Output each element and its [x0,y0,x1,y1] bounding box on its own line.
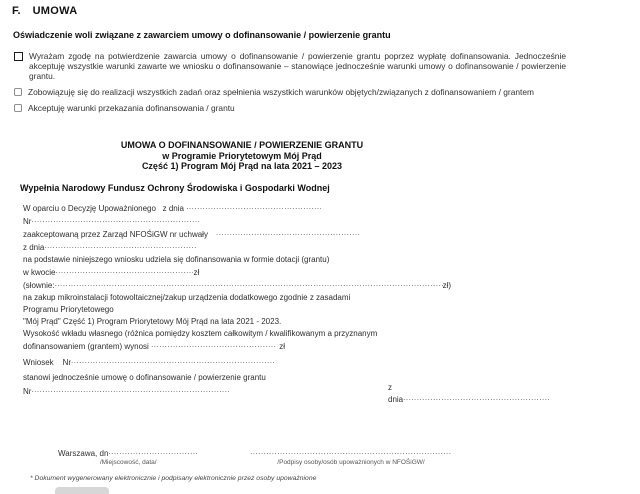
signature-sign-caption: /Podpisy osoby/osób upoważnionych w NFOŚ… [250,459,452,466]
dotted-blank: ........................................… [31,385,229,395]
agreement-date-z: z [388,383,551,393]
dotted-blank: ........................................… [55,266,193,276]
agreement-title-line2: w Programie Priorytetowym Mój Prąd [0,151,484,162]
declaration-heading: Oświadczenie woli związane z zawarciem u… [13,30,391,40]
line-decision-number: Nr......................................… [23,215,633,228]
section-header: F.UMOWA [12,5,77,17]
line-program-part: "Mój Prąd" Część 1) Program Priorytetowy… [23,316,633,328]
obligation-checkbox-label: Zobowiązuję się do realizacji wszystkich… [28,87,534,97]
dotted-blank: ........................................… [216,228,361,238]
dotted-blank: ........................................… [250,447,452,457]
line-amount: w kwocie................................… [23,266,633,279]
obligation-checkbox[interactable] [14,88,22,96]
signature-place-block: Warszawa, dn............................… [58,447,198,466]
page-edge-artifact [55,487,109,494]
dotted-blank: ........................................… [186,202,321,212]
dotted-blank: ........................................… [71,356,276,366]
dotted-blank: ........................................… [44,241,196,251]
line-grant-basis: na podstawie niniejszego wniosku udziela… [23,254,633,266]
agreement-title-line1: UMOWA O DOFINANSOWANIE / POWIERZENIE GRA… [0,140,484,151]
consent-checkbox[interactable] [14,52,23,61]
accept-terms-checkbox-label: Akceptuję warunki przekazania dofinansow… [28,103,235,113]
agreement-body: W oparciu o Decyzję Upoważnionego z dnia… [23,202,633,409]
line-resolution-number: zaakceptowaną przez Zarząd NFOŚiGW nr uc… [23,228,633,241]
signature-sign-block: ........................................… [250,447,452,466]
declaration-checkbox-list: Wyrażam zgodę na potwierdzenie zawarcia … [14,51,566,119]
line-own-contribution-amount: dofinansowaniem (grantem) wynosi .......… [23,340,633,353]
line-own-contribution: Wysokość wkładu własnego (różnica pomięd… [23,328,633,340]
dotted-blank: ........................................… [151,340,277,350]
dotted-blank: ........................................… [108,447,198,457]
line-purchase-purpose: na zakup mikroinstalacji fotowoltaicznej… [23,292,633,304]
agreement-date-block: z dnia..................................… [388,383,551,405]
dotted-blank: ........................................… [403,393,551,403]
line-amount-words: (słownie:...............................… [23,279,633,292]
dotted-blank: ........................................… [55,279,443,289]
checkbox-row-accept-terms[interactable]: Akceptuję warunki przekazania dofinansow… [14,103,566,113]
line-decision-date: W oparciu o Decyzję Upoważnionego z dnia… [23,202,633,215]
line-application-number: Wniosek Nr..............................… [23,356,633,369]
signature-place-line: Warszawa, dn............................… [58,447,198,458]
accept-terms-checkbox[interactable] [14,104,22,112]
checkbox-row-consent[interactable]: Wyrażam zgodę na potwierdzenie zawarcia … [14,51,566,81]
line-resolution-date: z dnia..................................… [23,241,633,254]
filled-by-heading: Wypełnia Narodowy Fundusz Ochrony Środow… [20,183,330,193]
signature-place-caption: /Miejscowość, data/ [58,459,198,466]
dotted-blank: ........................................… [31,215,199,225]
section-title: UMOWA [33,5,78,17]
agreement-date-line: dnia....................................… [388,393,551,405]
agreement-title: UMOWA O DOFINANSOWANIE / POWIERZENIE GRA… [0,140,484,172]
consent-checkbox-label: Wyrażam zgodę na potwierdzenie zawarcia … [29,51,566,81]
section-label: F. [12,5,21,17]
line-agreement-number: Nr......................................… [23,385,633,409]
checkbox-row-obligation[interactable]: Zobowiązuję się do realizacji wszystkich… [14,87,566,97]
electronic-document-footnote: * Dokument wygenerowany elektronicznie i… [30,475,316,482]
agreement-title-line3: Część 1) Program Mój Prąd na lata 2021 –… [0,161,484,172]
signature-sign-line: ........................................… [250,447,452,458]
line-program-name: Programu Priorytetowego [23,304,633,316]
